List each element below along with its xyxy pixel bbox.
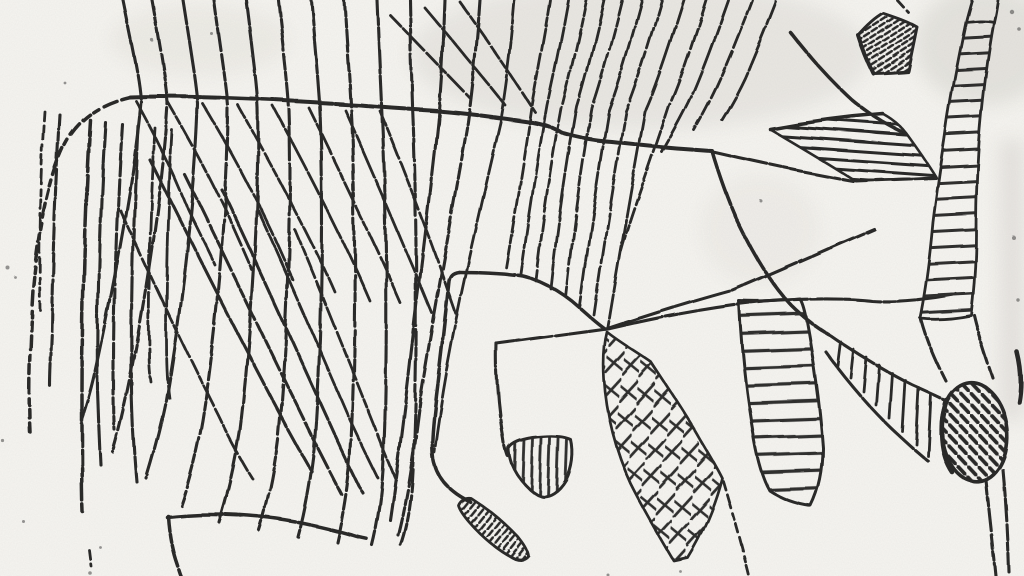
paper-grain-overlay: [0, 0, 1024, 576]
scanned-drawing-canvas: [0, 0, 1024, 576]
line-drawing: [0, 0, 1024, 576]
